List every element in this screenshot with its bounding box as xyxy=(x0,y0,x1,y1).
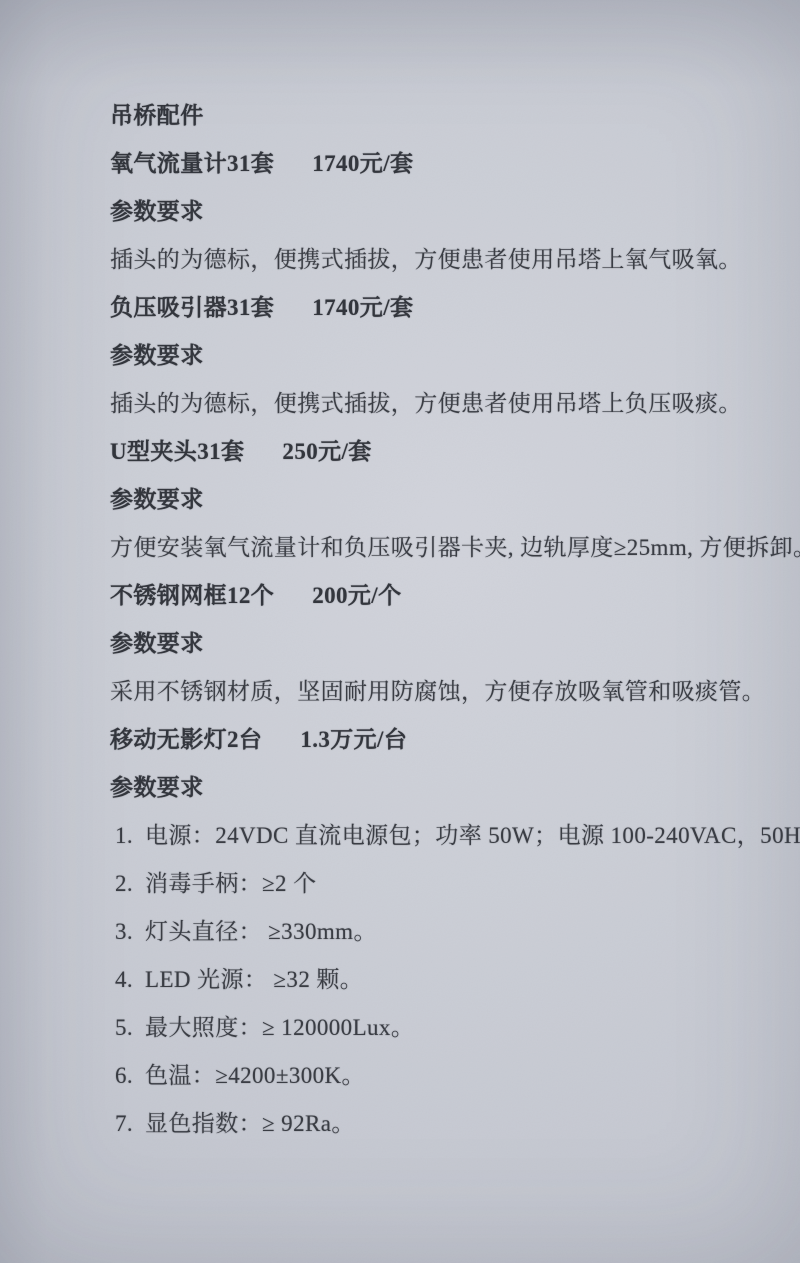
document-body: 吊桥配件 氧气流量计31套1740元/套 参数要求 插头的为德标，便携式插拔，方… xyxy=(0,0,800,1160)
spec-number: 2. xyxy=(115,872,145,896)
item-price: 1740元/套 xyxy=(312,152,413,176)
param-description: 采用不锈钢材质，坚固耐用防腐蚀，方便存放吸氧管和吸痰管。 xyxy=(110,680,756,704)
param-heading: 参数要求 xyxy=(110,632,756,656)
item-name: 不锈钢网框12个 xyxy=(110,583,274,608)
spec-number: 4. xyxy=(115,968,145,992)
param-description: 方便安装氧气流量计和负压吸引器卡夹, 边轨厚度≥25mm, 方便拆卸。 xyxy=(110,536,756,560)
spec-text: 灯头直径： ≥330mm。 xyxy=(145,919,377,944)
param-heading: 参数要求 xyxy=(110,488,756,512)
item-price: 1.3万元/台 xyxy=(300,728,407,752)
spec-text: 最大照度：≥ 120000Lux。 xyxy=(145,1015,414,1040)
item-line-mesh-basket: 不锈钢网框12个200元/个 xyxy=(110,584,756,608)
item-price: 250元/套 xyxy=(282,440,371,464)
spec-number: 5. xyxy=(115,1016,145,1040)
spec-item: 2.消毒手柄：≥2 个 xyxy=(110,872,756,896)
spec-item: 1.电源：24VDC 直流电源包；功率 50W；电源 100-240VAC，50… xyxy=(110,824,756,848)
spec-text: 电源：24VDC 直流电源包；功率 50W；电源 100-240VAC，50Hz… xyxy=(145,823,800,848)
spec-item: 4.LED 光源： ≥32 颗。 xyxy=(110,968,756,992)
spec-text: 色温：≥4200±300K。 xyxy=(145,1063,365,1088)
item-price: 200元/个 xyxy=(312,584,401,608)
spec-item: 7.显色指数：≥ 92Ra。 xyxy=(110,1112,756,1136)
spec-number: 7. xyxy=(115,1112,145,1136)
spec-item: 6.色温：≥4200±300K。 xyxy=(110,1064,756,1088)
doc-title: 吊桥配件 xyxy=(110,104,756,128)
item-name: 负压吸引器31套 xyxy=(110,295,274,320)
spec-item: 3.灯头直径： ≥330mm。 xyxy=(110,920,756,944)
param-description: 插头的为德标，便携式插拔，方便患者使用吊塔上氧气吸氧。 xyxy=(110,248,756,272)
item-line-aspirator: 负压吸引器31套1740元/套 xyxy=(110,296,756,320)
item-name: 氧气流量计31套 xyxy=(110,151,274,176)
param-heading: 参数要求 xyxy=(110,344,756,368)
spec-text: 消毒手柄：≥2 个 xyxy=(145,871,316,896)
item-line-oxygen-flowmeter: 氧气流量计31套1740元/套 xyxy=(110,152,756,176)
spec-number: 3. xyxy=(115,920,145,944)
item-line-u-clamp: U型夹头31套250元/套 xyxy=(110,440,756,464)
item-name: 移动无影灯2台 xyxy=(110,727,262,752)
item-line-mobile-lamp: 移动无影灯2台1.3万元/台 xyxy=(110,728,756,752)
param-heading: 参数要求 xyxy=(110,776,756,800)
spec-text: LED 光源： ≥32 颗。 xyxy=(145,967,363,992)
spec-number: 1. xyxy=(115,824,145,848)
param-description: 插头的为德标，便携式插拔，方便患者使用吊塔上负压吸痰。 xyxy=(110,392,756,416)
spec-item: 5.最大照度：≥ 120000Lux。 xyxy=(110,1016,756,1040)
spec-number: 6. xyxy=(115,1064,145,1088)
photographed-document-page: 吊桥配件 氧气流量计31套1740元/套 参数要求 插头的为德标，便携式插拔，方… xyxy=(0,0,800,1263)
spec-text: 显色指数：≥ 92Ra。 xyxy=(145,1111,355,1136)
item-price: 1740元/套 xyxy=(312,296,413,320)
param-heading: 参数要求 xyxy=(110,200,756,224)
item-name: U型夹头31套 xyxy=(110,439,244,464)
